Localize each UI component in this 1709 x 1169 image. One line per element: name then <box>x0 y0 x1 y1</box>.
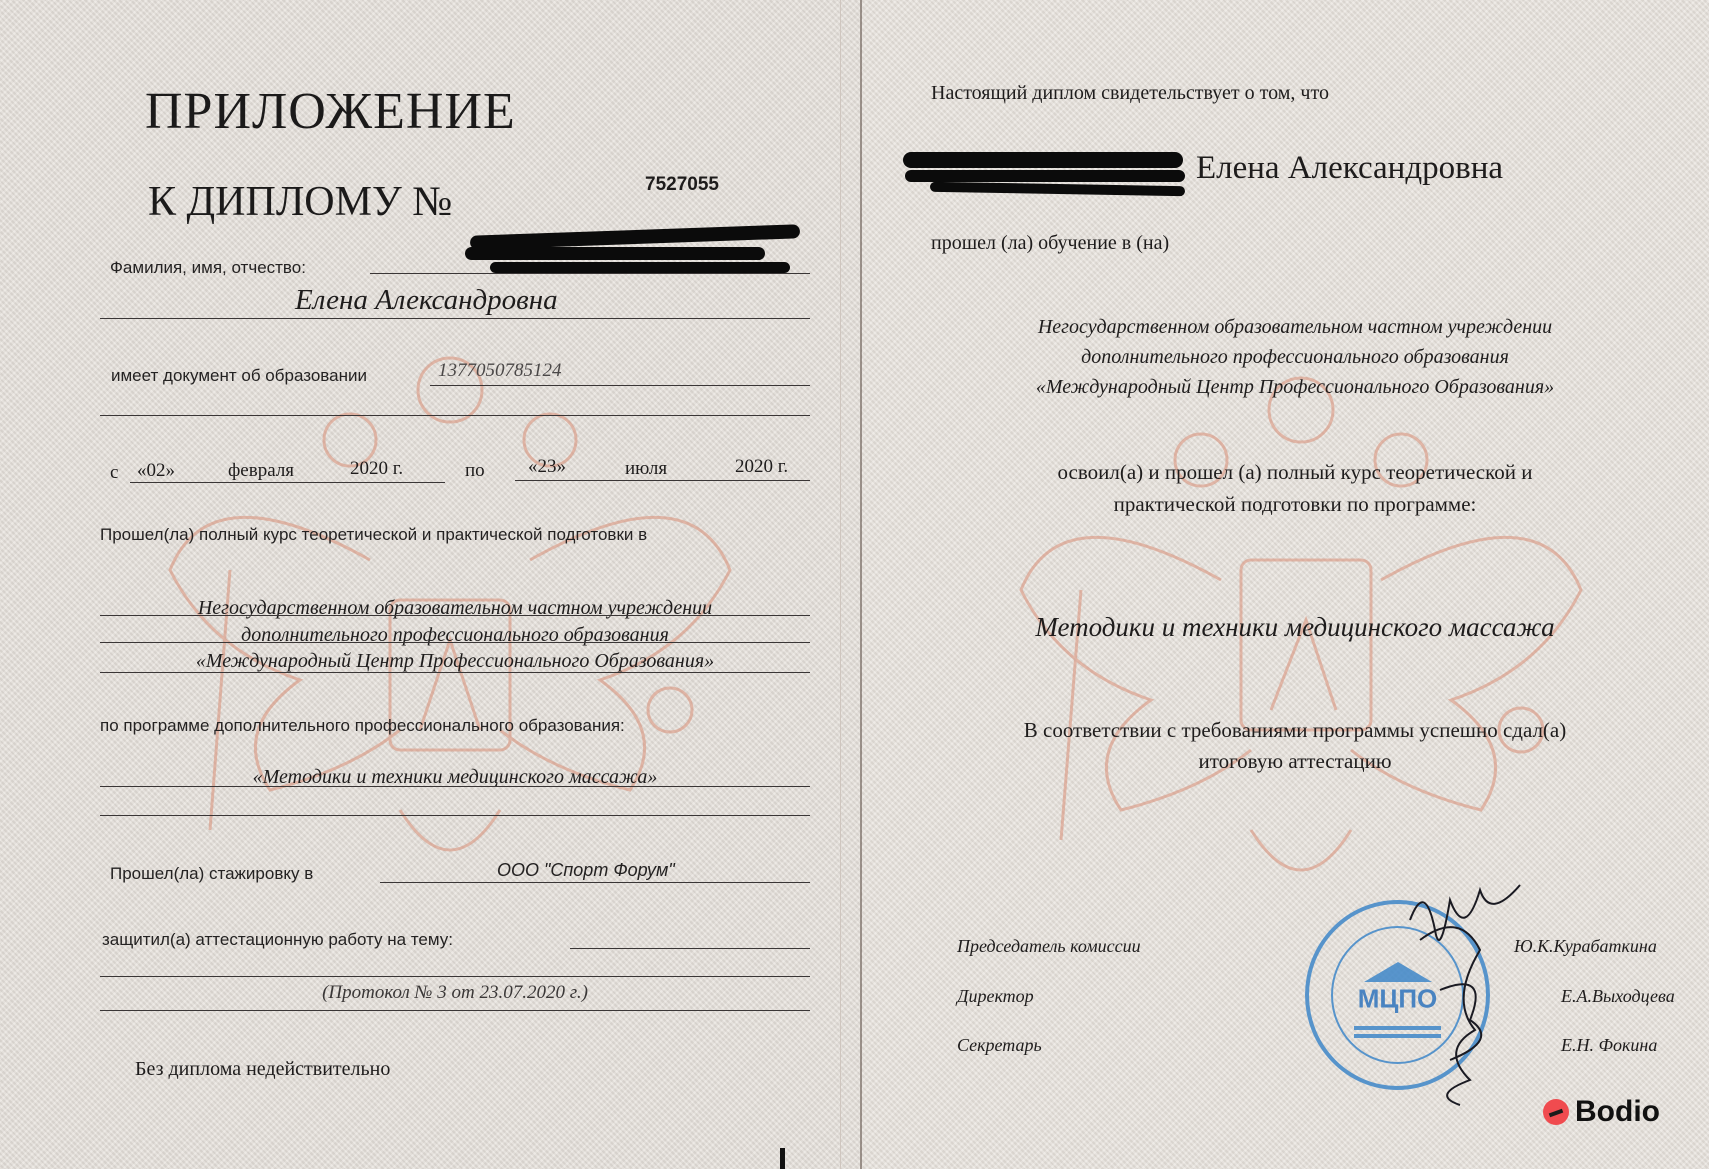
program-label: по программе дополнительного профессиона… <box>100 716 625 736</box>
diploma-number: 7527055 <box>645 174 719 196</box>
redaction-mark <box>465 247 765 260</box>
intro-text: Настоящий диплом свидетельствует о том, … <box>931 82 1329 105</box>
redaction-mark <box>905 170 1185 182</box>
protocol: (Протокол № 3 от 23.07.2020 г.) <box>100 982 810 1004</box>
underline <box>100 976 810 977</box>
bodio-watermark: Bodio <box>1543 1095 1660 1129</box>
underline <box>100 615 810 616</box>
redaction-mark <box>490 262 790 273</box>
bodio-logo-icon <box>1543 1099 1569 1125</box>
underline <box>130 482 445 483</box>
period-from-month: февраля <box>228 460 294 482</box>
document-title: ПРИЛОЖЕНИЕ <box>145 82 516 141</box>
fio-value: Елена Александровна <box>295 284 558 317</box>
page-fold <box>860 0 862 1169</box>
institution-line-3: «Международный Центр Профессионального О… <box>100 650 810 673</box>
underline <box>100 642 810 643</box>
underline <box>430 385 810 386</box>
attestation-line-2: итоговую аттестацию <box>900 745 1690 778</box>
signatory-role-chairman: Председатель комиссии <box>957 936 1141 957</box>
footer-note: Без диплома недействительно <box>135 1058 390 1081</box>
signatory-role-secretary: Секретарь <box>957 1035 1042 1056</box>
period-from-day: «02» <box>137 460 175 482</box>
institution-line-1: Негосударственном образовательном частно… <box>100 597 810 620</box>
period-to-year: 2020 г. <box>735 456 788 478</box>
underline <box>100 786 810 787</box>
period-to-prefix: по <box>465 460 485 482</box>
official-stamp: МЦПО <box>1305 900 1490 1090</box>
period-to-day: «23» <box>528 456 566 478</box>
education-doc-label: имеет документ об образовании <box>111 366 367 386</box>
underline <box>370 273 810 274</box>
document-subtitle: К ДИПЛОМУ № <box>148 178 452 226</box>
underline <box>100 1010 810 1011</box>
institution-line-2: дополнительного профессионального образо… <box>100 624 810 647</box>
underline <box>100 815 810 816</box>
completed-line-2: практической подготовки по программе: <box>900 488 1690 521</box>
underline <box>100 672 810 673</box>
graduate-name: Елена Александровна <box>1196 150 1503 187</box>
signatory-name-director: Е.А.Выходцева <box>1561 986 1675 1007</box>
institution-line-3: «Международный Центр Профессионального О… <box>900 372 1690 402</box>
institution-line-1: Негосударственном образовательном частно… <box>900 312 1690 342</box>
underline <box>380 882 810 883</box>
fio-label: Фамилия, имя, отчество: <box>110 258 306 278</box>
stamp-abbr: МЦПО <box>1358 983 1438 1014</box>
stamp-base <box>1354 1026 1441 1030</box>
binding-mark <box>780 1148 785 1169</box>
internship-value: ООО "Спорт Форум" <box>497 860 675 881</box>
period-to-month: июля <box>625 458 667 480</box>
redaction-mark <box>903 152 1183 168</box>
bodio-brand: Bodio <box>1575 1095 1660 1129</box>
studied-label: прошел (ла) обучение в (на) <box>931 232 1169 255</box>
page-edge <box>840 0 841 1169</box>
underline <box>570 948 810 949</box>
period-from-year: 2020 г. <box>350 458 403 480</box>
underline <box>100 415 810 416</box>
period-from-prefix: с <box>110 462 118 484</box>
internship-label: Прошел(ла) стажировку в <box>110 864 313 884</box>
signatory-role-director: Директор <box>957 986 1034 1007</box>
completed-line-1: освоил(а) и прошел (а) полный курс теоре… <box>900 456 1690 489</box>
underline <box>100 318 810 319</box>
program-name: Методики и техники медицинского массажа <box>900 612 1690 643</box>
signatory-name-secretary: Е.Н. Фокина <box>1561 1035 1657 1056</box>
stamp-base <box>1354 1034 1441 1038</box>
education-doc-value: 1377050785124 <box>438 360 562 382</box>
institution-line-2: дополнительного профессионального образо… <box>900 342 1690 372</box>
signatory-name-chairman: Ю.К.Курабаткина <box>1514 936 1657 957</box>
building-icon <box>1364 962 1432 982</box>
course-label: Прошел(ла) полный курс теоретической и п… <box>100 525 647 545</box>
underline <box>515 480 810 481</box>
attestation-line-1: В соответствии с требованиями программы … <box>900 714 1690 747</box>
thesis-label: защитил(а) аттестационную работу на тему… <box>102 930 453 950</box>
